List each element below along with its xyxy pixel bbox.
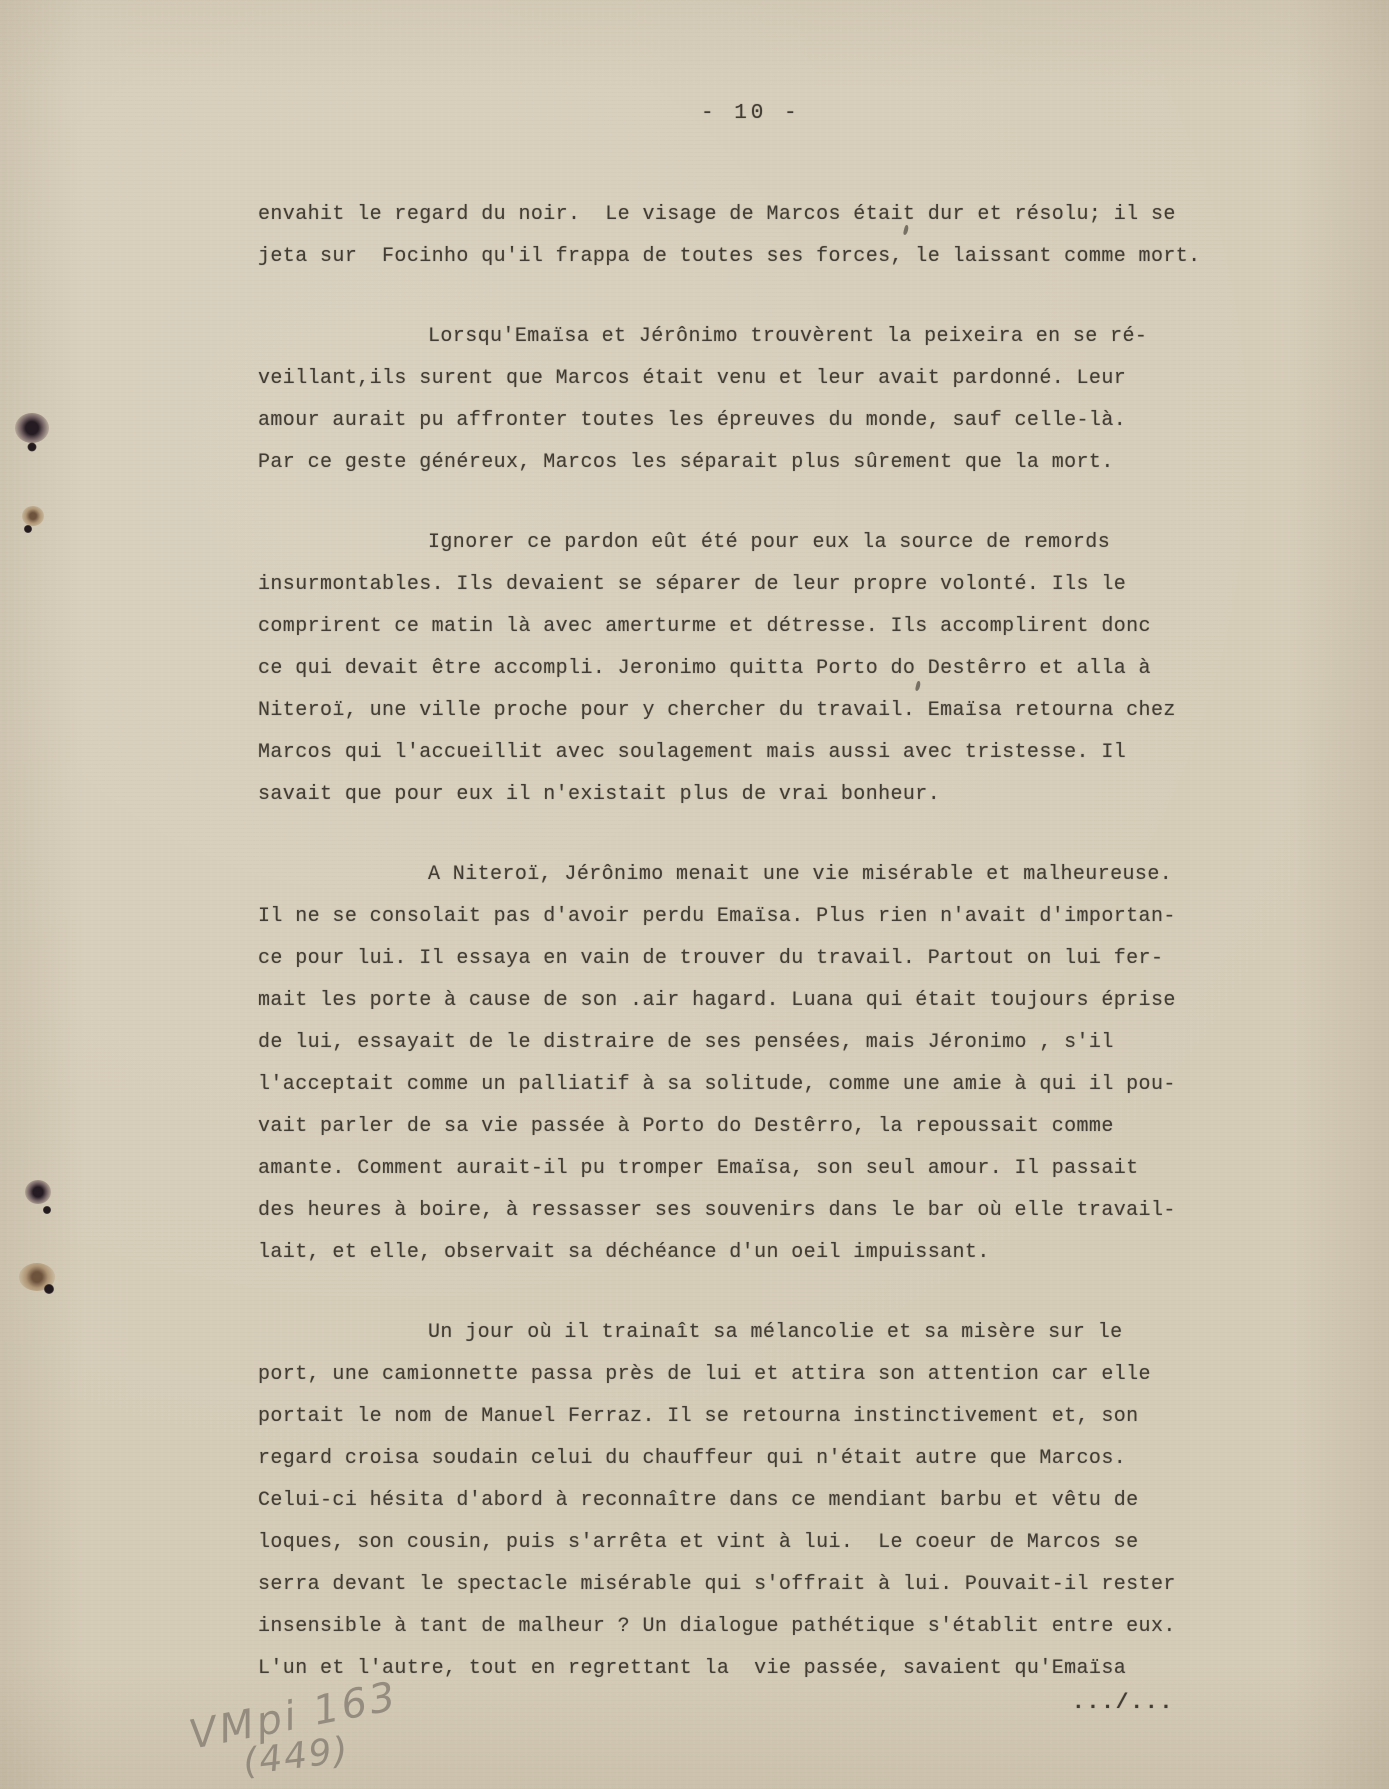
text-line: l'acceptait comme un palliatif à sa soli…: [258, 1064, 1218, 1106]
ink-spot: [28, 443, 37, 452]
text-line: portait le nom de Manuel Ferraz. Il se r…: [258, 1396, 1218, 1438]
ink-spot: [25, 1180, 51, 1204]
ink-spot: [19, 1263, 55, 1291]
ink-spot: [24, 525, 32, 533]
text-line: Celui-ci hésita d'abord à reconnaître da…: [258, 1480, 1218, 1522]
text-line: vait parler de sa vie passée à Porto do …: [258, 1106, 1218, 1148]
text-line: amante. Comment aurait-il pu tromper Ema…: [258, 1148, 1218, 1190]
ink-spot: [44, 1284, 54, 1294]
text-line: loques, son cousin, puis s'arrêta et vin…: [258, 1522, 1218, 1564]
text-line: regard croisa soudain celui du chauffeur…: [258, 1438, 1218, 1480]
paragraph: Lorsqu'Emaïsa et Jérônimo trouvèrent la …: [258, 316, 1218, 484]
document-page: - 10 - envahit le regard du noir. Le vis…: [0, 0, 1389, 1789]
paragraph: A Niteroï, Jérônimo menait une vie misér…: [258, 854, 1218, 1274]
text-line: Un jour où il trainaît sa mélancolie et …: [258, 1312, 1218, 1354]
continuation-mark: .../...: [1072, 1692, 1174, 1715]
text-line: comprirent ce matin là avec amerturme et…: [258, 606, 1218, 648]
text-line: Il ne se consolait pas d'avoir perdu Ema…: [258, 896, 1218, 938]
text-line: Marcos qui l'accueillit avec soulagement…: [258, 732, 1218, 774]
text-line: L'un et l'autre, tout en regrettant la v…: [258, 1648, 1218, 1690]
text-line: mait les porte à cause de son .air hagar…: [258, 980, 1218, 1022]
text-line: Niteroï, une ville proche pour y cherche…: [258, 690, 1218, 732]
ink-spot: [43, 1206, 51, 1214]
text-line: des heures à boire, à ressasser ses souv…: [258, 1190, 1218, 1232]
text-line: ce qui devait être accompli. Jeronimo qu…: [258, 648, 1218, 690]
paragraph: Ignorer ce pardon eût été pour eux la so…: [258, 522, 1218, 816]
text-line: Par ce geste généreux, Marcos les sépara…: [258, 442, 1218, 484]
paragraph: Un jour où il trainaît sa mélancolie et …: [258, 1312, 1218, 1690]
paragraph: envahit le regard du noir. Le visage de …: [258, 194, 1218, 278]
text-line: Ignorer ce pardon eût été pour eux la so…: [258, 522, 1218, 564]
text-line: envahit le regard du noir. Le visage de …: [258, 194, 1218, 236]
text-line: veillant,ils surent que Marcos était ven…: [258, 358, 1218, 400]
text-line: serra devant le spectacle misérable qui …: [258, 1564, 1218, 1606]
annotation-secondary-number: (449): [241, 1730, 352, 1784]
text-line: A Niteroï, Jérônimo menait une vie misér…: [258, 854, 1218, 896]
text-line: port, une camionnette passa près de lui …: [258, 1354, 1218, 1396]
text-line: jeta sur Focinho qu'il frappa de toutes …: [258, 236, 1218, 278]
ink-spot: [15, 413, 49, 443]
page-number: - 10 -: [701, 102, 801, 125]
text-line: lait, et elle, observait sa déchéance d'…: [258, 1232, 1218, 1274]
text-line: insurmontables. Ils devaient se séparer …: [258, 564, 1218, 606]
text-line: insensible à tant de malheur ? Un dialog…: [258, 1606, 1218, 1648]
text-line: Lorsqu'Emaïsa et Jérônimo trouvèrent la …: [258, 316, 1218, 358]
document-body: envahit le regard du noir. Le visage de …: [258, 194, 1218, 1690]
text-line: amour aurait pu affronter toutes les épr…: [258, 400, 1218, 442]
text-line: de lui, essayait de le distraire de ses …: [258, 1022, 1218, 1064]
text-line: savait que pour eux il n'existait plus d…: [258, 774, 1218, 816]
text-line: ce pour lui. Il essaya en vain de trouve…: [258, 938, 1218, 980]
ink-spot: [22, 506, 44, 526]
